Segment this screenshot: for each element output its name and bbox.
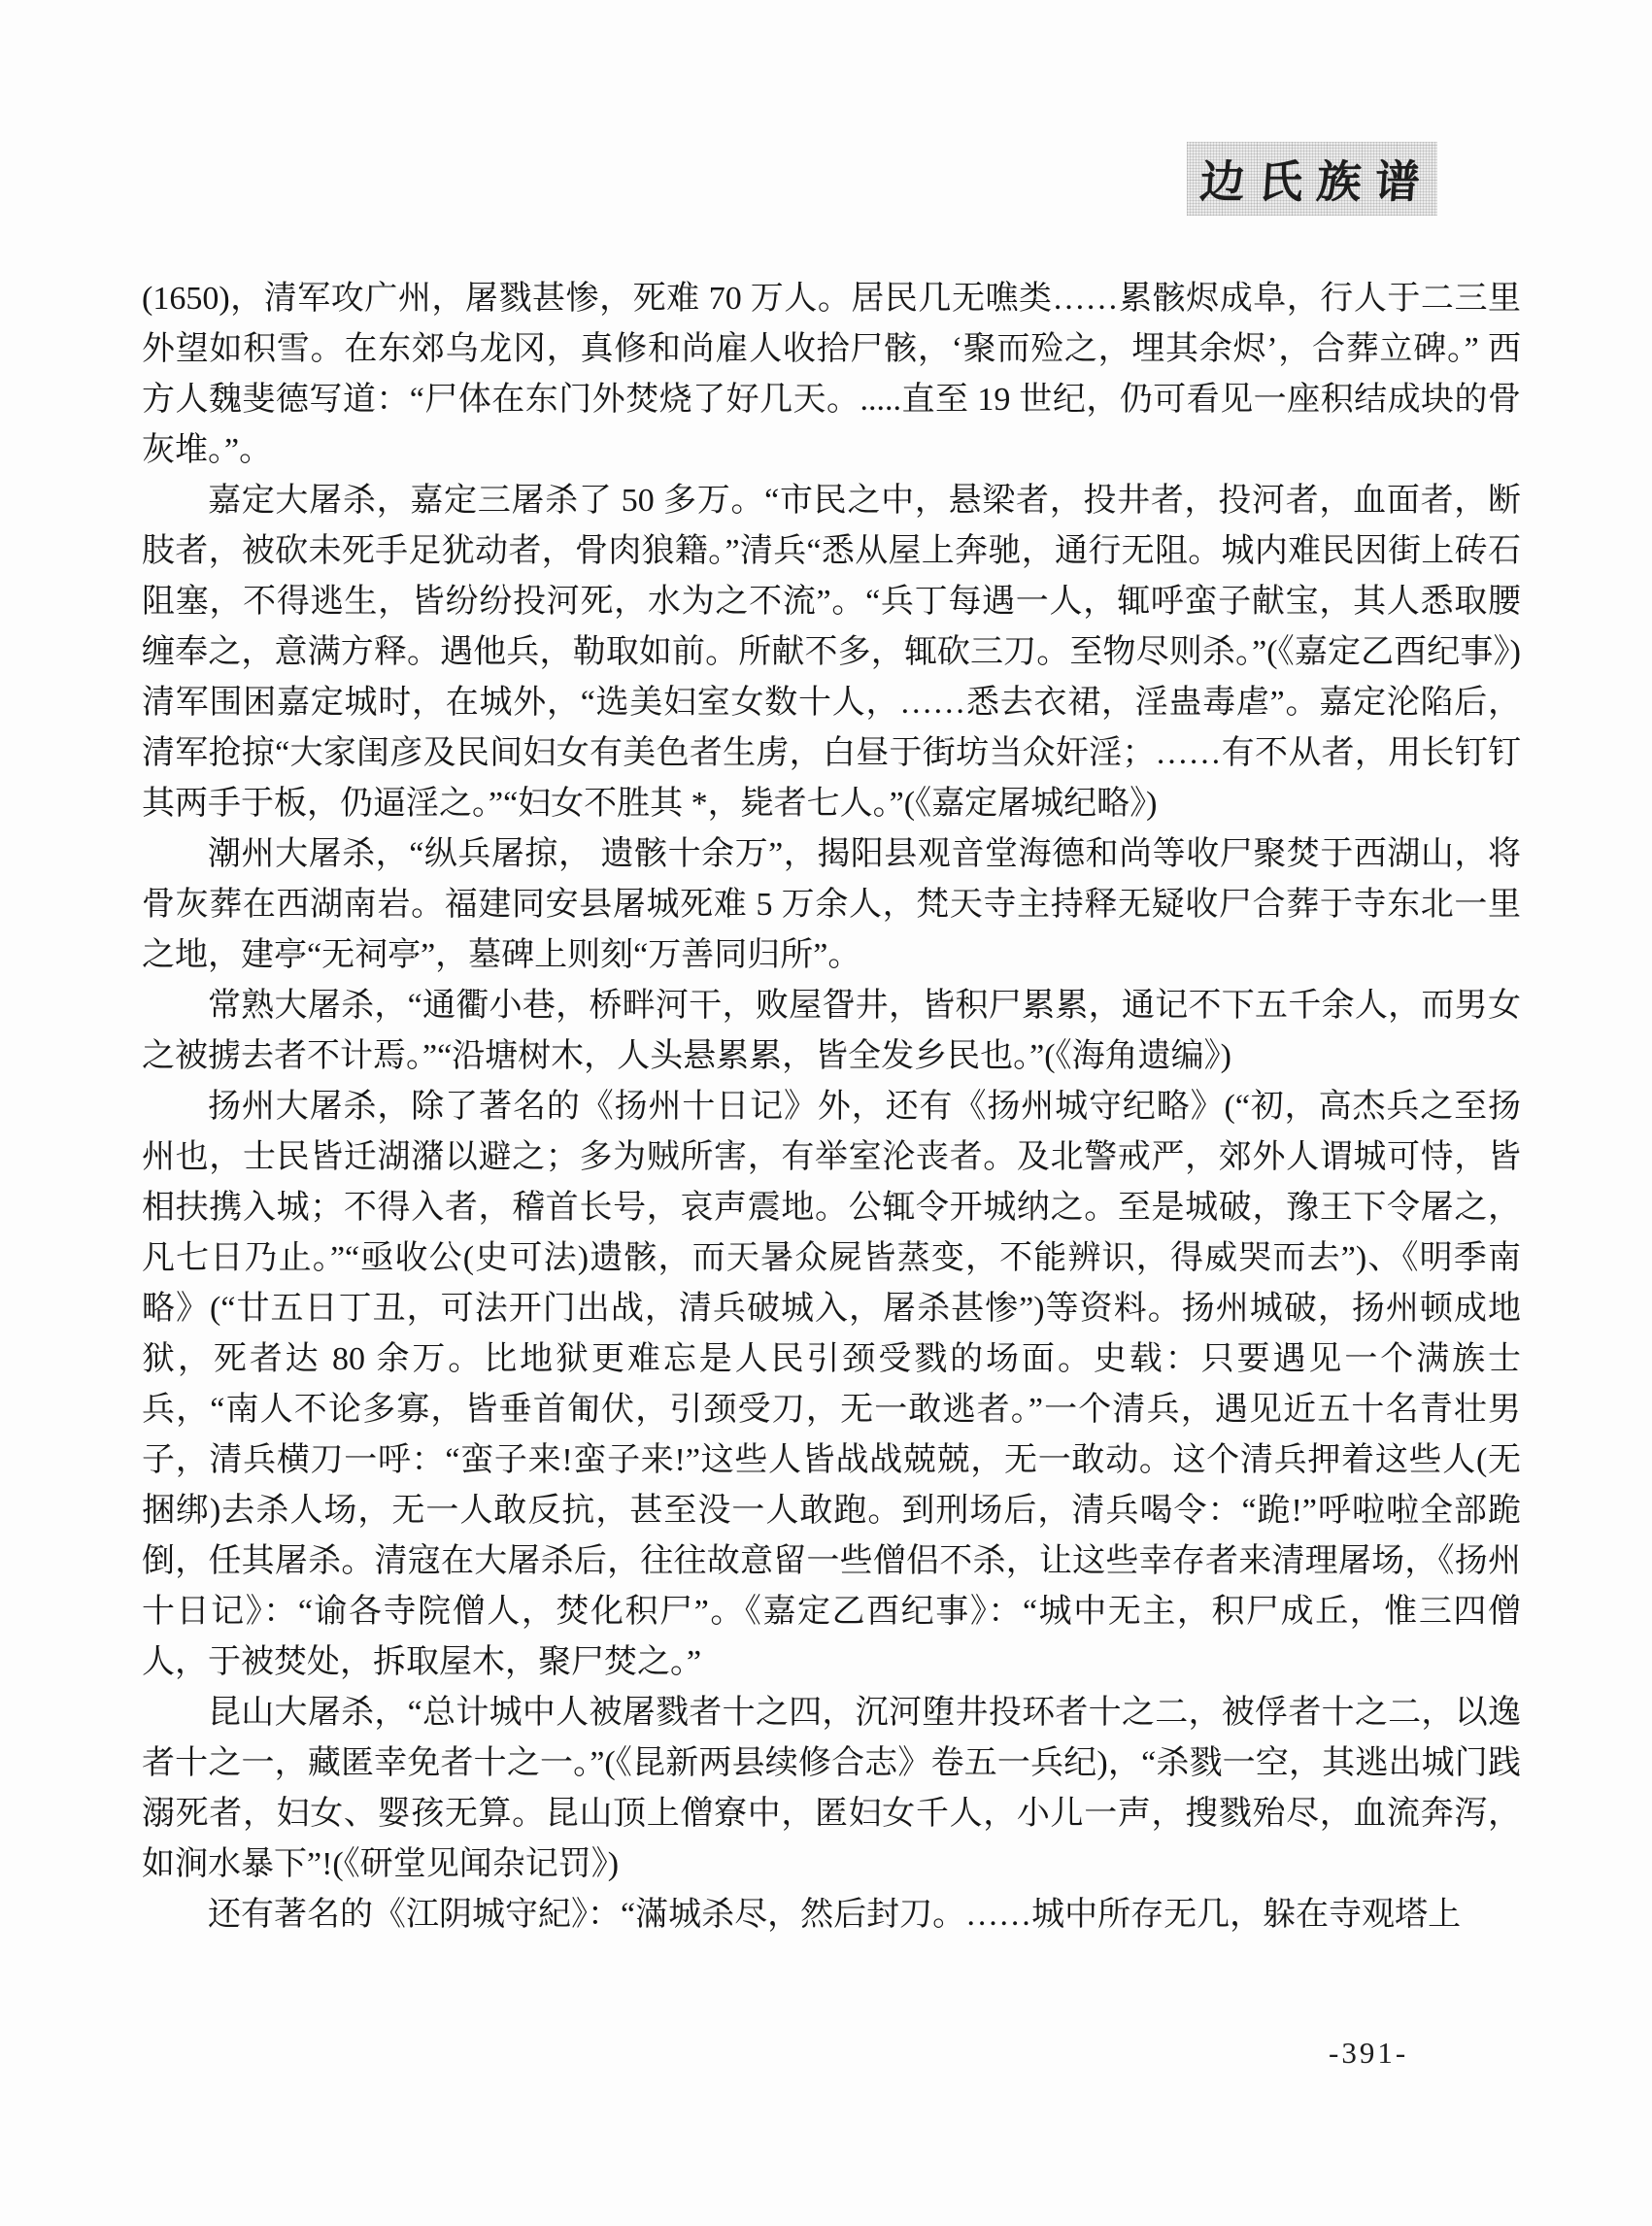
- paragraph-guangzhou-massacre: (1650)，清军攻广州，屠戮甚惨，死难 70 万人。居民几无噍类……累骸烬成阜…: [142, 274, 1521, 476]
- page-number: -391-: [1329, 2036, 1408, 2071]
- paragraph-jiangyin-massacre: 还有著名的《江阴城守紀》：“滿城杀尽，然后封刀。……城中所存无几，躲在寺观塔上: [142, 1890, 1521, 1940]
- paragraph-chaozhou-massacre: 潮州大屠杀，“纵兵屠掠， 遗骸十余万”，揭阳县观音堂海德和尚等收尸聚焚于西湖山，…: [142, 829, 1521, 981]
- body-text: (1650)，清军攻广州，屠戮甚惨，死难 70 万人。居民几无噍类……累骸烬成阜…: [142, 274, 1521, 1940]
- book-title: 边氏族谱: [1189, 147, 1436, 211]
- page-header: 边氏族谱: [1187, 142, 1437, 216]
- paragraph-changshu-massacre: 常熟大屠杀，“通衢小巷，桥畔河干，败屋眢井，皆积尸累累，通记不下五千余人，而男女…: [142, 981, 1521, 1082]
- book-page: 边氏族谱 (1650)，清军攻广州，屠戮甚惨，死难 70 万人。居民几无噍类………: [0, 0, 1652, 2226]
- paragraph-jiading-massacre: 嘉定大屠杀，嘉定三屠杀了 50 多万。“市民之中，悬梁者，投井者，投河者，血面者…: [142, 476, 1521, 829]
- paragraph-kunshan-massacre: 昆山大屠杀，“总计城中人被屠戮者十之四，沉河堕井投环者十之二，被俘者十之二，以逸…: [142, 1688, 1521, 1890]
- paragraph-yangzhou-massacre: 扬州大屠杀，除了著名的《扬州十日记》外，还有《扬州城守纪略》(“初，高杰兵之至扬…: [142, 1082, 1521, 1688]
